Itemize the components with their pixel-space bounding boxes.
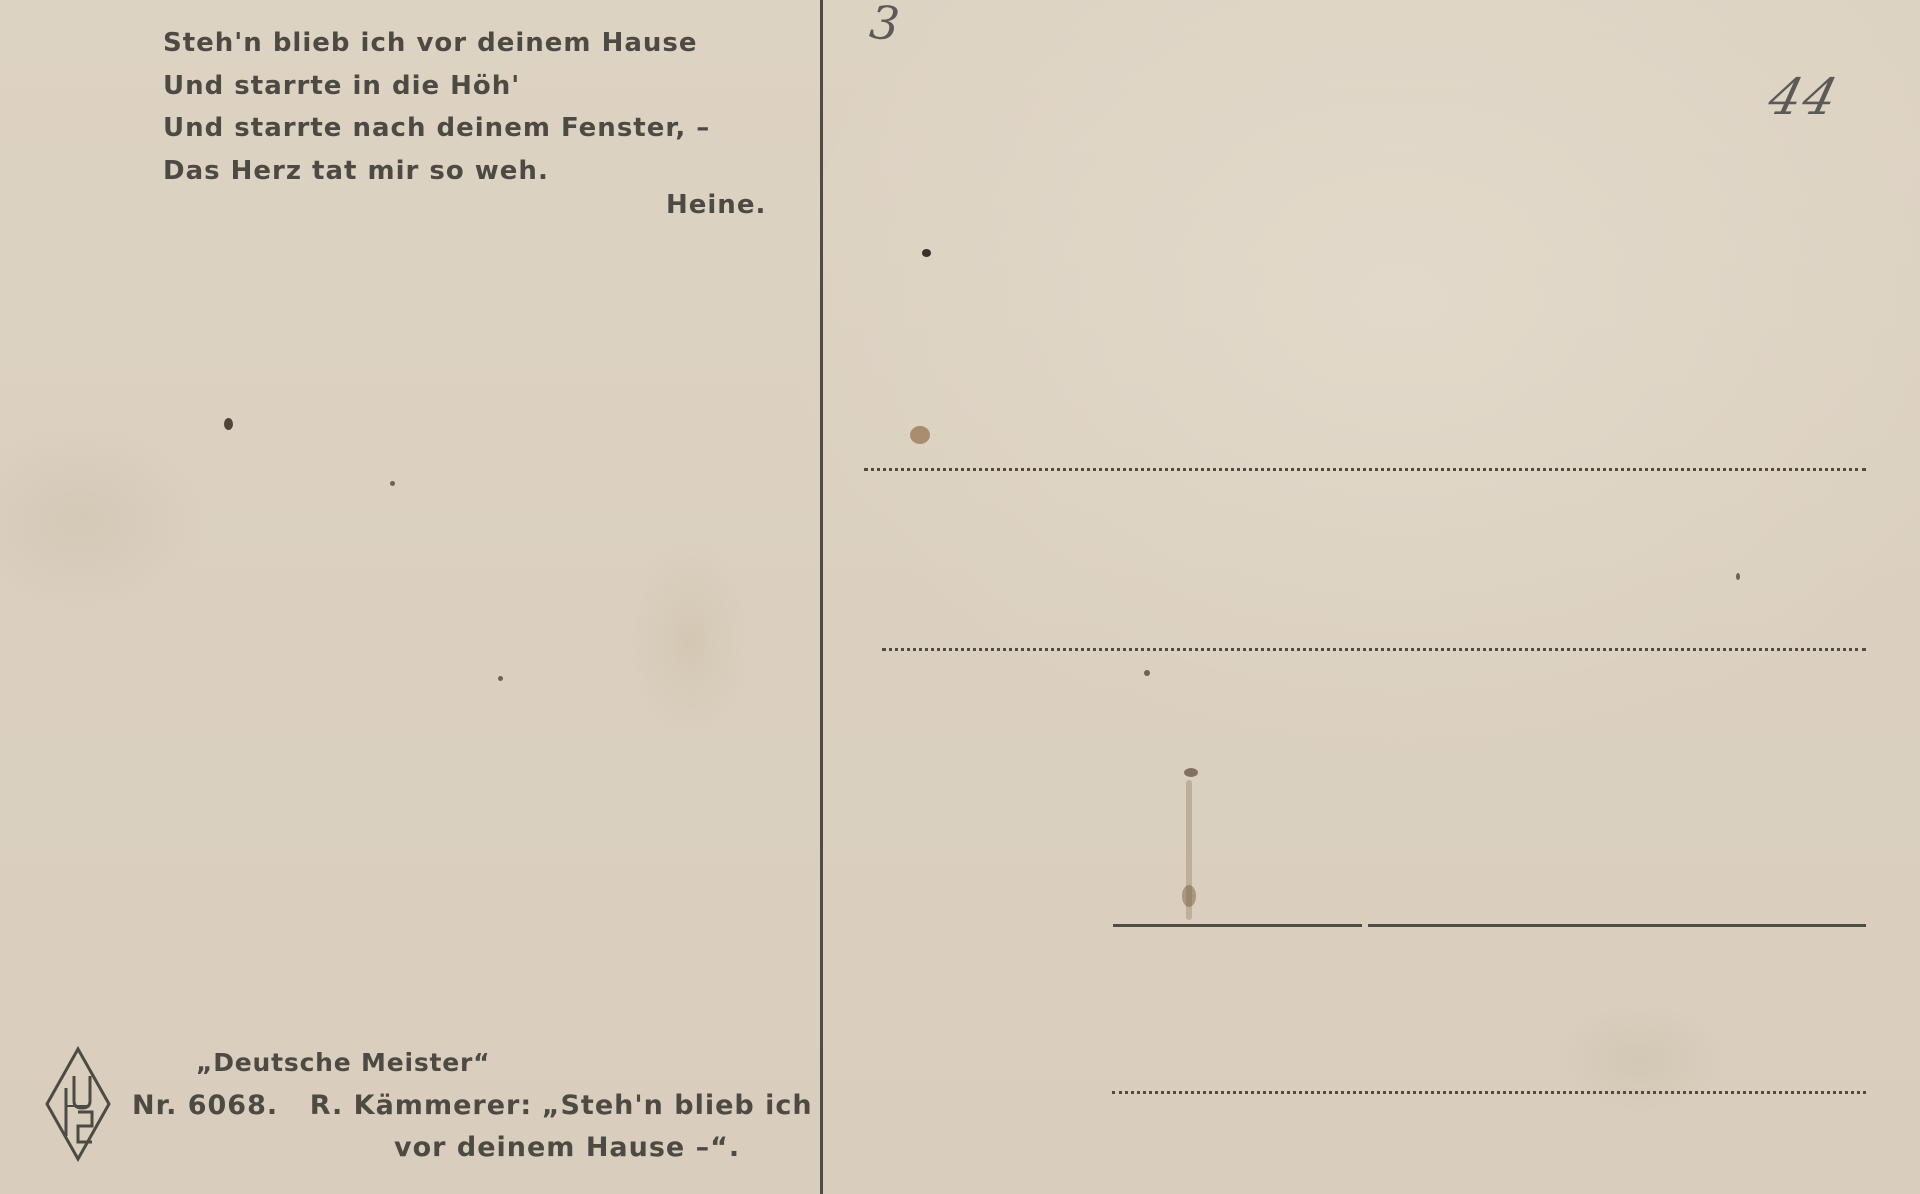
poem-line: Und starrte nach deinem Fenster, – (163, 107, 710, 150)
artwork-title: „Steh'n blieb ich (542, 1090, 813, 1121)
stain-spot (390, 481, 395, 486)
stain-spot (1184, 768, 1198, 777)
address-line-3 (1113, 924, 1362, 927)
poem-line: Und starrte in die Höh' (163, 65, 710, 108)
stain-spot (910, 426, 930, 444)
address-line-4 (1112, 1091, 1866, 1094)
caption-line-1: Nr. 6068. R. Kämmerer: „Steh'n blieb ich (132, 1090, 813, 1121)
address-line-2 (882, 648, 1866, 651)
stain-spot (498, 676, 503, 681)
poem-line: Das Herz tat mir so weh. (163, 150, 710, 193)
address-line-3 (1368, 924, 1866, 927)
series-title: „Deutsche Meister“ (196, 1048, 490, 1077)
artist-name: R. Kämmerer: (310, 1090, 532, 1121)
stain-spot (1736, 573, 1740, 580)
address-line-1 (864, 468, 1866, 471)
pencil-mark-number: 3 (867, 0, 902, 51)
stain-spot (1144, 670, 1150, 676)
caption-line-2: vor deinem Hause –“. (394, 1132, 740, 1163)
stain-spot (1182, 885, 1196, 907)
poem-author: Heine. (666, 190, 766, 220)
stain-spot (224, 418, 233, 430)
stain-spot (922, 249, 931, 257)
pencil-mark-number: 44 (1763, 68, 1845, 126)
poem-block: Steh'n blieb ich vor deinem Hause Und st… (163, 22, 710, 192)
poem-line: Steh'n blieb ich vor deinem Hause (163, 22, 710, 65)
diamond-monogram-icon (44, 1046, 112, 1162)
catalog-number: Nr. 6068. (132, 1090, 278, 1121)
center-divider-line (820, 0, 823, 1194)
